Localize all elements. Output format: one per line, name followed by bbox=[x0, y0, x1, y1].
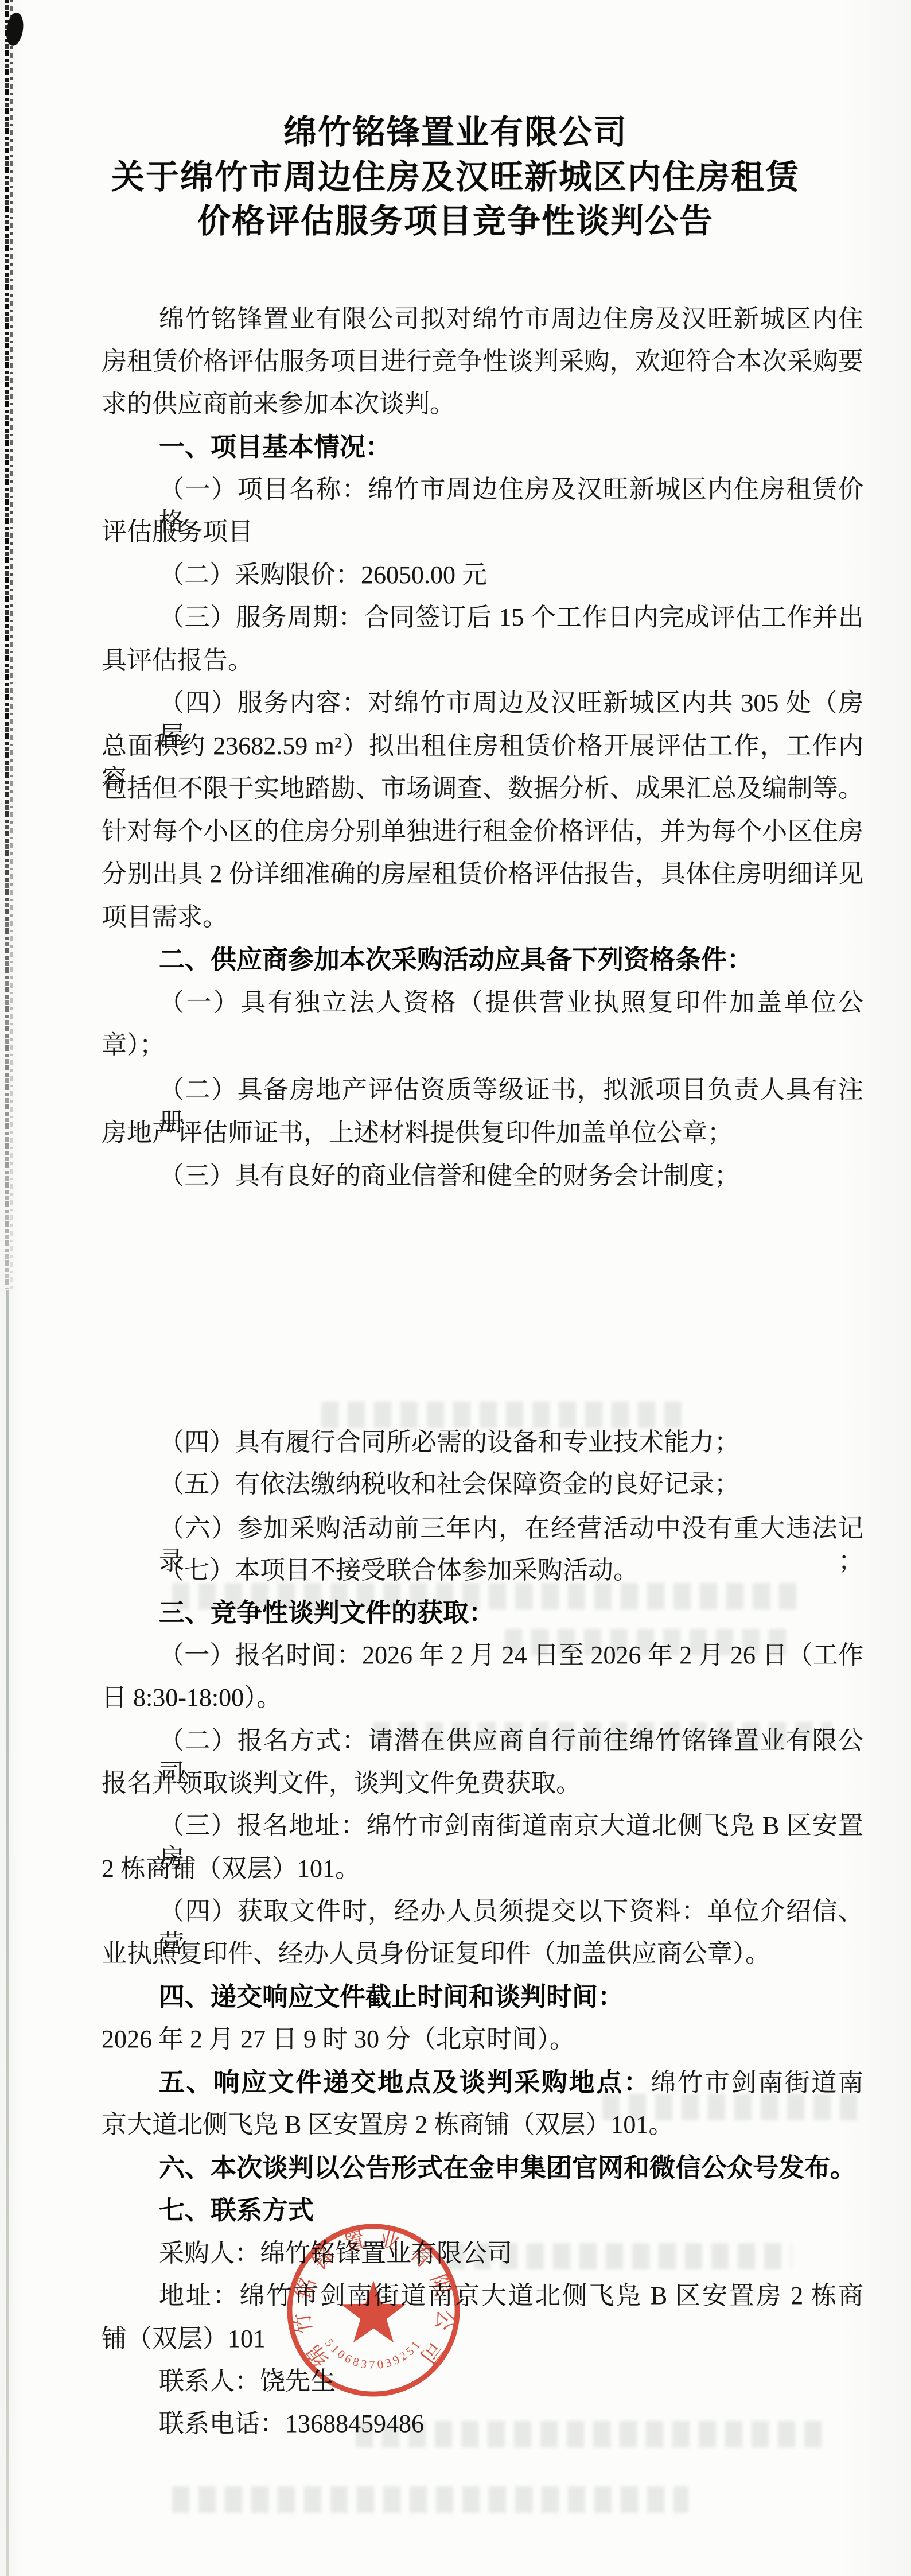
doc-line: 分别出具 2 份详细准确的房屋租赁价格评估报告，具体住房明细详见 bbox=[102, 858, 863, 890]
bleed-through-ghost bbox=[321, 1402, 688, 1428]
scanned-document-page: 绵竹铭锋置业有限公司 关于绵竹市周边住房及汉旺新城区内住房租赁 价格评估服务项目… bbox=[0, 0, 911, 2576]
doc-line: （一）报名时间：2026 年 2 月 24 日至 2026 年 2 月 26 日… bbox=[159, 1639, 863, 1671]
doc-line: 业执照复印件、经办人员身份证复印件（加盖供应商公章）。 bbox=[102, 1937, 863, 1970]
doc-line: 铺（双层）101 bbox=[102, 2322, 863, 2355]
doc-line: 房地产评估师证书，上述材料提供复印件加盖单位公章； bbox=[102, 1116, 863, 1149]
doc-line: 包括但不限于实地踏勘、市场调查、数据分析、成果汇总及编制等。 bbox=[102, 772, 863, 805]
doc-line: 日 8:30-18:00）。 bbox=[102, 1681, 863, 1714]
doc-title-line: 绵竹铭锋置业有限公司 bbox=[54, 114, 857, 152]
doc-line: （七）本项目不接受联合体参加采购活动。 bbox=[159, 1554, 863, 1586]
section-heading: 五、响应文件递交地点及谈判采购地点： bbox=[159, 2067, 651, 2097]
doc-line: 具评估报告。 bbox=[102, 644, 863, 677]
section-heading: 七、联系方式 bbox=[159, 2194, 863, 2228]
doc-line: 京大道北侧飞凫 B 区安置房 2 栋商铺（双层）101。 bbox=[102, 2108, 863, 2141]
page-edge-line bbox=[6, 1290, 9, 2576]
doc-line: 采购人：绵竹铭锋置业有限公司 bbox=[159, 2237, 863, 2269]
doc-line: 项目需求。 bbox=[102, 901, 863, 933]
scan-edge-artifact bbox=[10, 0, 13, 1289]
doc-title-line: 关于绵竹市周边住房及汉旺新城区内住房租赁 bbox=[54, 158, 857, 197]
doc-line: 报名并领取谈判文件，谈判文件免费获取。 bbox=[102, 1767, 863, 1799]
doc-title-line: 价格评估服务项目竞争性谈判公告 bbox=[54, 203, 857, 241]
doc-line: 求的供应商前来参加本次谈判。 bbox=[102, 387, 863, 420]
doc-line: （三）具有良好的商业信誉和健全的财务会计制度； bbox=[159, 1159, 863, 1192]
doc-line: 针对每个小区的住房分别单独进行租金价格评估，并为每个小区住房 bbox=[102, 815, 863, 848]
doc-line: 章）； bbox=[102, 1029, 863, 1061]
section-heading: 六、本次谈判以公告形式在金申集团官网和微信公众号发布。 bbox=[159, 2151, 863, 2185]
section-heading: 一、项目基本情况： bbox=[159, 430, 863, 464]
doc-line: 绵竹铭锋置业有限公司拟对绵竹市周边住房及汉旺新城区内住 bbox=[159, 302, 863, 335]
doc-line: 绵竹市剑南街道南 bbox=[651, 2069, 863, 2097]
doc-line: （一）具有独立法人资格（提供营业执照复印件加盖单位公 bbox=[159, 986, 863, 1019]
doc-line: （二）采购限价：26050.00 元 bbox=[159, 558, 863, 591]
doc-line: 地址：绵竹市剑南街道南京大道北侧飞凫 B 区安置房 2 栋商 bbox=[159, 2279, 863, 2312]
doc-line: 评估服务项目 bbox=[102, 515, 863, 548]
doc-line: （五）有依法缴纳税收和社会保障资金的良好记录； bbox=[159, 1468, 863, 1500]
doc-line: （三）服务周期：合同签订后 15 个工作日内完成评估工作并出 bbox=[159, 601, 863, 634]
doc-line: 五、响应文件递交地点及谈判采购地点：绵竹市剑南街道南 bbox=[159, 2066, 863, 2100]
doc-line: 联系电话：13688459486 bbox=[159, 2407, 863, 2440]
section-heading: 三、竞争性谈判文件的获取： bbox=[159, 1596, 863, 1630]
doc-line: （四）具有履行合同所必需的设备和专业技术能力； bbox=[159, 1426, 863, 1458]
section-heading: 四、递交响应文件截止时间和谈判时间： bbox=[159, 1980, 863, 2014]
doc-line: 2 栋商铺（双层）101。 bbox=[102, 1852, 863, 1885]
doc-line: 2026 年 2 月 27 日 9 时 30 分（北京时间）。 bbox=[102, 2023, 863, 2055]
section-heading: 二、供应商参加本次采购活动应具备下列资格条件： bbox=[159, 943, 863, 977]
scan-edge-artifact bbox=[5, 0, 9, 1289]
doc-line: 房租赁价格评估服务项目进行竞争性谈判采购，欢迎符合本次采购要 bbox=[102, 345, 863, 378]
bleed-through-ghost bbox=[172, 2486, 688, 2513]
doc-line: 联系人：饶先生 bbox=[159, 2365, 863, 2397]
